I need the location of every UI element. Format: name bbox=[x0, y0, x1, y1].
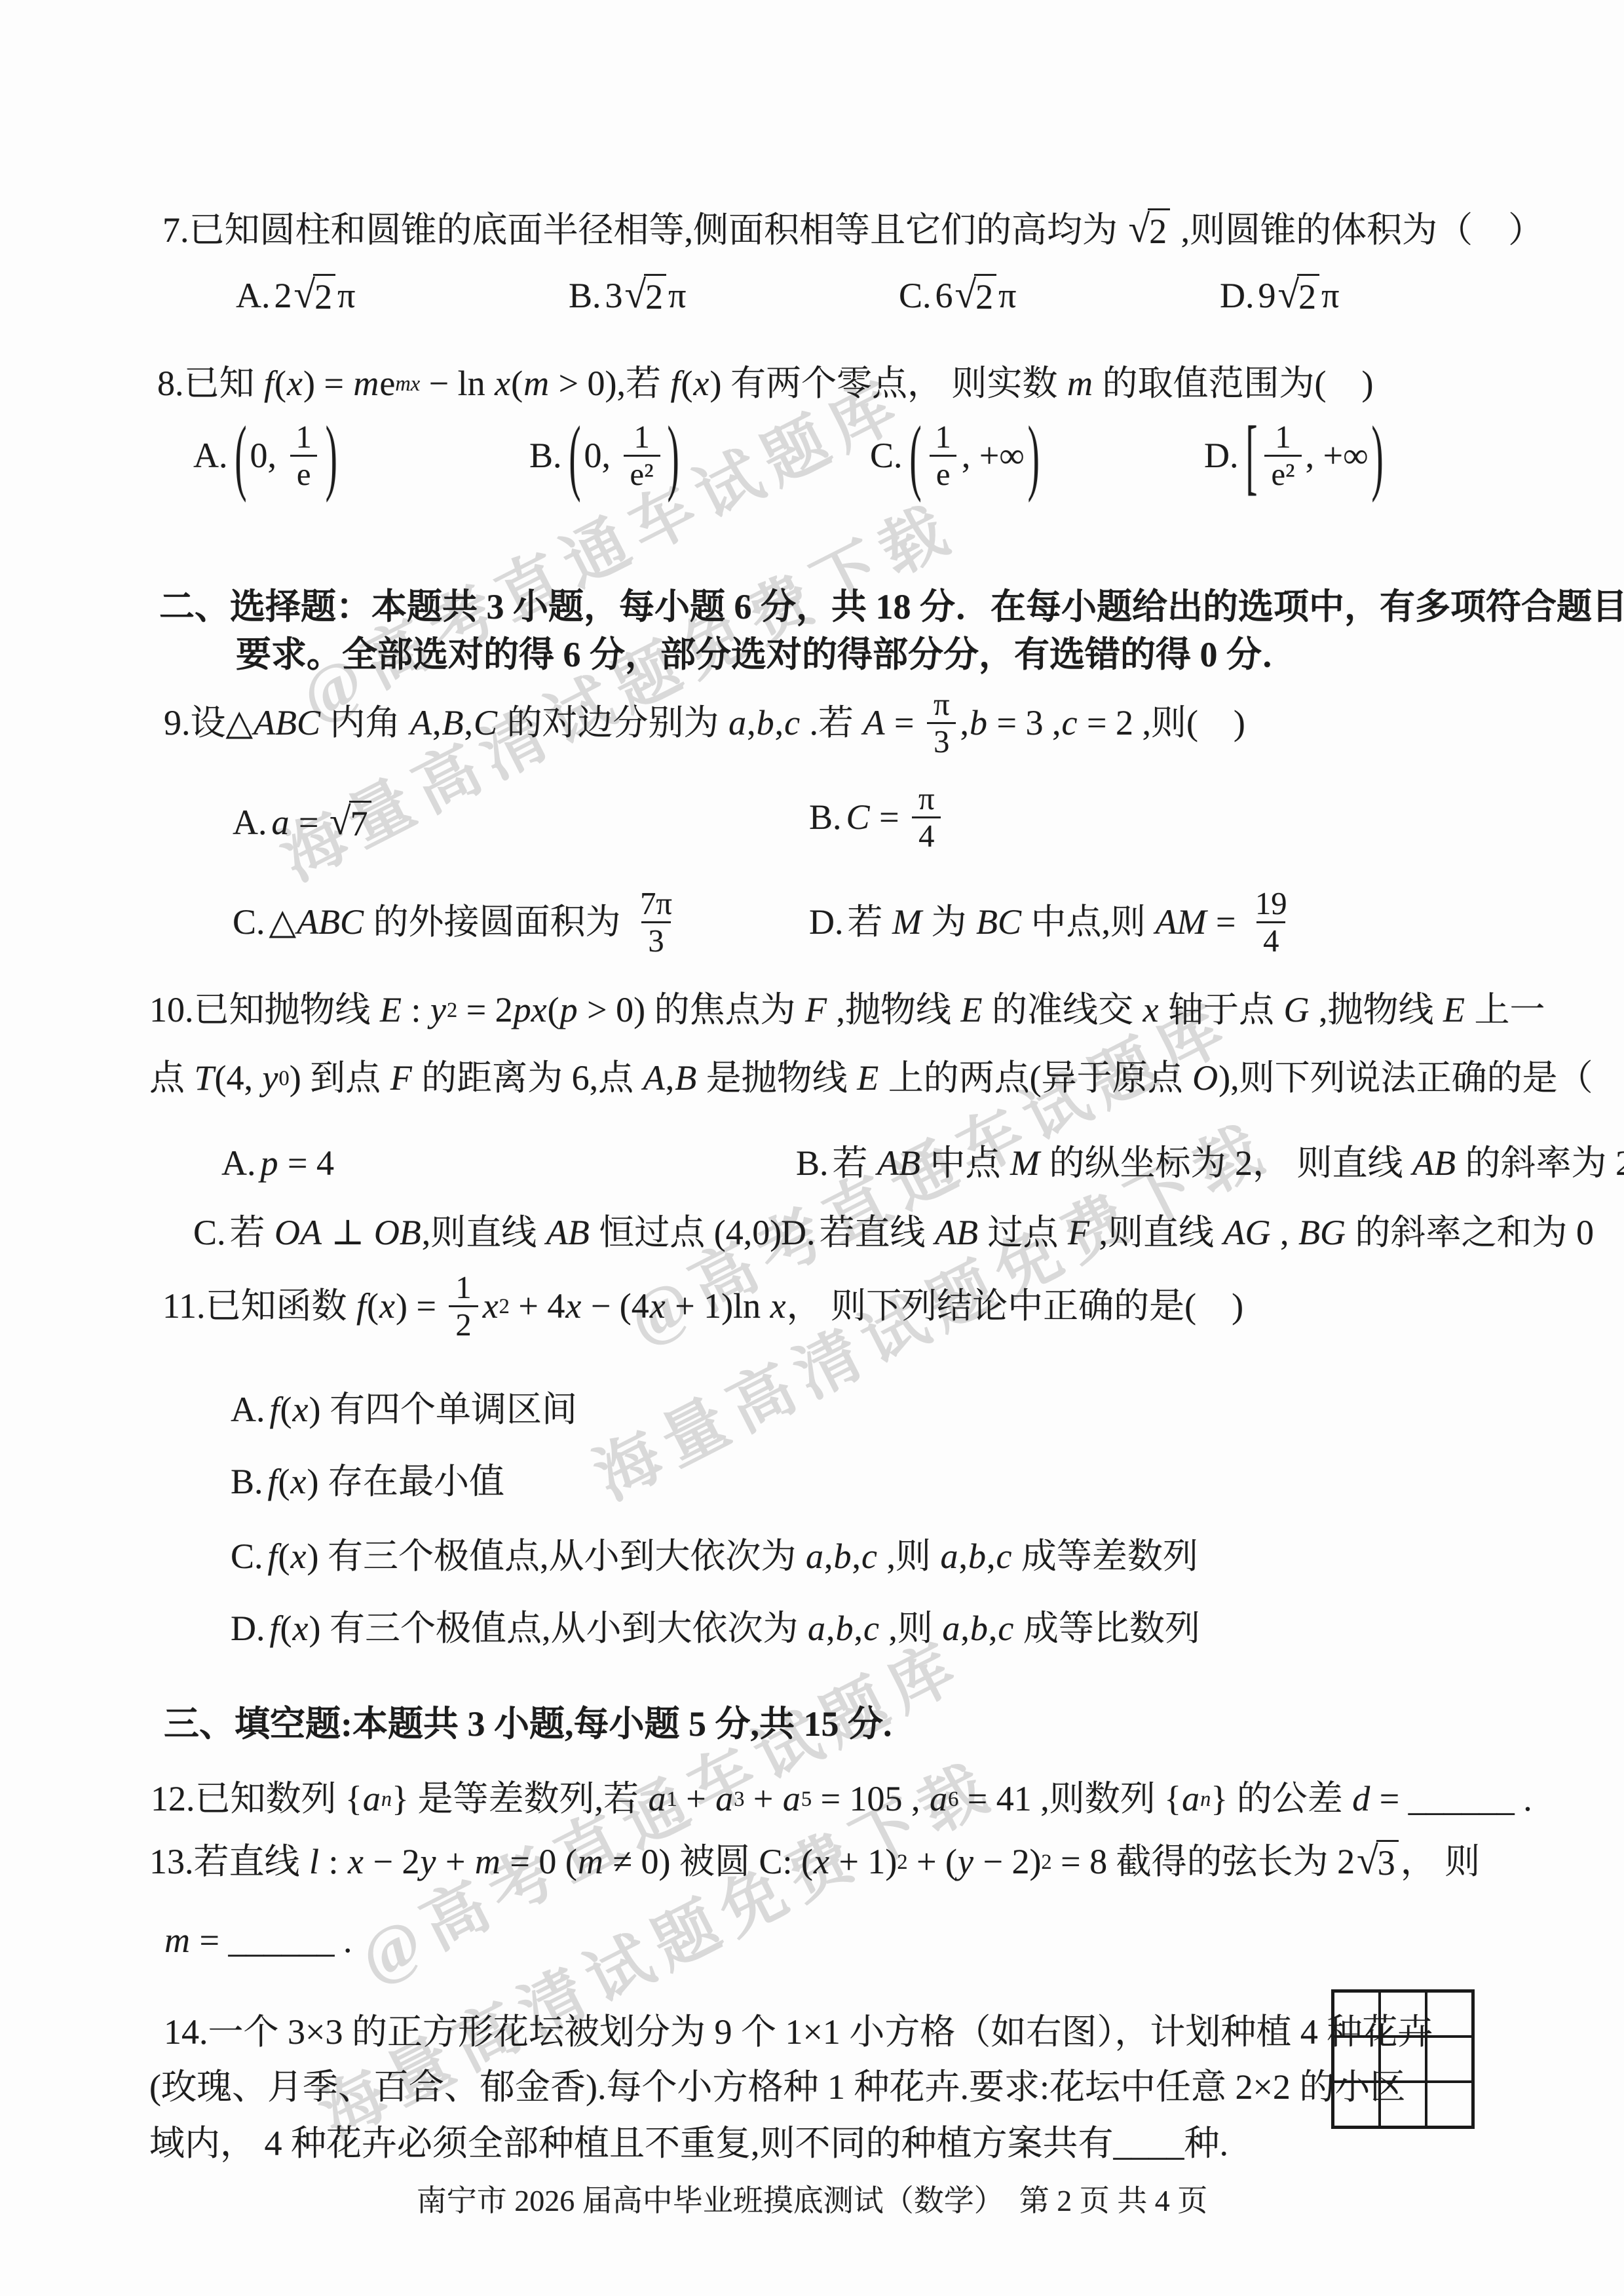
math-fragment: B bbox=[442, 701, 464, 746]
math-fragment: π3 bbox=[927, 687, 956, 760]
option-formula: f(x) 有四个单调区间 bbox=[269, 1388, 577, 1432]
math-fragment: 19 bbox=[1249, 886, 1294, 921]
math-fragment: 6 bbox=[948, 1789, 958, 1810]
grid-cell bbox=[1333, 2082, 1380, 2127]
math-fragment: ) = bbox=[396, 1284, 445, 1329]
math-fragment: √2 bbox=[625, 274, 667, 318]
question-9-option-c: C. △ABC 的外接圆面积为 7π3 bbox=[233, 886, 683, 959]
math-fragment: √3 bbox=[1357, 1840, 1399, 1885]
math-fragment: 6 bbox=[935, 274, 953, 318]
math-fragment: e² bbox=[624, 455, 660, 492]
math-fragment: : bbox=[320, 1840, 347, 1885]
option-label: D. bbox=[1220, 274, 1255, 318]
math-fragment: f bbox=[670, 362, 681, 406]
math-fragment: a bbox=[1181, 1777, 1200, 1822]
math-fragment: 成等比数列 bbox=[1014, 1607, 1200, 1651]
option-label: D. bbox=[1204, 434, 1239, 478]
math-fragment: 成等差数列 bbox=[1012, 1535, 1198, 1579]
math-fragment: , bbox=[826, 1607, 835, 1651]
math-fragment: e bbox=[290, 455, 318, 492]
page-footer: 南宁市 2026 届高中毕业班摸底测试（数学） 第 2 页 共 4 页 bbox=[0, 2177, 1624, 2220]
math-fragment: F bbox=[804, 988, 827, 1033]
math-fragment: 11.已知函数 bbox=[162, 1284, 356, 1329]
math-fragment: 3 bbox=[605, 274, 623, 318]
math-fragment: 7 bbox=[349, 801, 371, 845]
math-fragment: , bbox=[432, 701, 442, 746]
option-label: D. bbox=[809, 900, 844, 945]
option-formula: p = 4 bbox=[260, 1141, 334, 1186]
question-9-option-a: A. a = √7 bbox=[233, 801, 373, 845]
math-fragment: , bbox=[960, 701, 970, 746]
math-fragment: ≠ 0) 被圆 C: ( bbox=[604, 1840, 813, 1885]
math-fragment: 10.已知抛物线 bbox=[149, 988, 379, 1033]
math-fragment: C bbox=[846, 795, 871, 840]
math-fragment: e bbox=[379, 362, 395, 406]
math-fragment: b bbox=[835, 1607, 854, 1651]
math-fragment: ) = bbox=[303, 362, 352, 406]
math-fragment: = 4 bbox=[279, 1141, 334, 1186]
math-fragment: 3 bbox=[734, 1789, 744, 1810]
question-10-stem-line2: 点 T(4, y0) 到点 F 的距离为 6,点 A,B 是抛物线 E 上的两点… bbox=[149, 1056, 1624, 1101]
math-fragment: 2 bbox=[499, 1296, 510, 1317]
math-fragment: = bbox=[871, 795, 908, 840]
math-fragment: π bbox=[927, 687, 956, 722]
math-fragment: 的对边分别为 bbox=[498, 701, 728, 746]
section-two-header-line2: 要求。全部选对的得 6 分，部分选对的得部分分，有选错的得 0 分． bbox=[236, 633, 1297, 678]
math-fragment: = bbox=[1207, 900, 1244, 945]
math-fragment: 7π3 bbox=[633, 886, 679, 959]
option-formula: [1e², +∞) bbox=[1243, 419, 1387, 493]
math-fragment: 2 bbox=[1297, 274, 1319, 318]
math-fragment: π bbox=[668, 274, 686, 318]
question-7-option-c: C. 6√2π bbox=[899, 274, 1016, 318]
math-fragment: = 2 bbox=[457, 988, 512, 1033]
math-fragment: , bbox=[960, 1607, 970, 1651]
math-fragment: 1 bbox=[929, 419, 958, 455]
math-fragment: f bbox=[267, 1535, 278, 1579]
math-fragment: 为 bbox=[922, 900, 975, 945]
math-fragment: ) bbox=[1028, 413, 1040, 499]
math-fragment: ) 到点 bbox=[290, 1056, 390, 1101]
question-13-answer-blank: m = ______ . bbox=[164, 1919, 352, 1963]
math-fragment: ,则圆锥的体积为（ ） bbox=[1172, 208, 1543, 253]
math-fragment: x bbox=[286, 362, 303, 406]
math-fragment: 的外接圆面积为 bbox=[364, 900, 630, 945]
math-fragment: 3 bbox=[1376, 1840, 1399, 1885]
math-fragment: AB bbox=[1412, 1141, 1456, 1186]
math-fragment: = bbox=[886, 701, 923, 746]
math-fragment: 的斜率之和为 0 bbox=[1346, 1211, 1594, 1255]
math-fragment: ( bbox=[235, 413, 247, 499]
math-fragment: 2 bbox=[1148, 208, 1170, 253]
math-fragment: ( bbox=[548, 988, 559, 1033]
math-fragment: , +∞ bbox=[1306, 434, 1369, 478]
math-fragment: , +∞ bbox=[962, 434, 1025, 478]
math-fragment: 7π bbox=[633, 886, 679, 921]
math-fragment: 2 bbox=[274, 274, 292, 318]
math-fragment: ( bbox=[511, 362, 523, 406]
math-fragment: 0, bbox=[584, 434, 620, 478]
math-fragment: x bbox=[482, 1284, 499, 1329]
math-fragment: √ bbox=[294, 274, 316, 315]
math-fragment: AB bbox=[546, 1211, 590, 1255]
math-fragment: √ bbox=[1129, 208, 1150, 249]
math-fragment: 2 bbox=[447, 1000, 457, 1021]
option-label: A. bbox=[231, 1388, 265, 1432]
math-fragment: △ bbox=[269, 900, 297, 945]
math-fragment: e bbox=[930, 455, 957, 492]
math-fragment: e² bbox=[1264, 455, 1301, 492]
math-fragment: x bbox=[565, 1284, 582, 1329]
math-fragment: , bbox=[852, 1535, 861, 1579]
grid-cell bbox=[1333, 2037, 1380, 2082]
math-fragment: > 0),若 bbox=[550, 362, 670, 406]
math-fragment: = 105 , bbox=[812, 1777, 929, 1822]
math-fragment: x bbox=[292, 1388, 309, 1432]
option-formula: 若直线 AB 过点 F ,则直线 AG , BG 的斜率之和为 0 bbox=[820, 1211, 1594, 1255]
math-fragment: , bbox=[775, 701, 784, 746]
math-fragment: f bbox=[267, 1460, 278, 1504]
math-fragment: 1 bbox=[1268, 419, 1297, 455]
question-8-option-d: D. [1e², +∞) bbox=[1204, 419, 1387, 493]
math-fragment: π bbox=[912, 781, 941, 816]
math-fragment: 7.已知圆柱和圆锥的底面半径相等,侧面积相等且它们的高均为 bbox=[162, 208, 1127, 253]
math-fragment: 1e bbox=[929, 419, 958, 493]
math-fragment: d bbox=[1351, 1777, 1370, 1822]
option-label: B. bbox=[529, 434, 562, 478]
math-fragment: y bbox=[262, 1056, 279, 1101]
math-fragment: ) bbox=[668, 413, 679, 499]
math-fragment: 中点 bbox=[921, 1141, 1010, 1186]
math-fragment: ⊥ bbox=[322, 1211, 373, 1255]
question-11-option-b: B. f(x) 存在最小值 bbox=[231, 1460, 504, 1504]
math-fragment: 恒过点 (4,0) bbox=[590, 1211, 782, 1255]
math-fragment: ) 有三个极值点,从小到大依次为 bbox=[307, 1535, 805, 1579]
question-10-stem-line1: 10.已知抛物线 E : y2 = 2px(p > 0) 的焦点为 F ,抛物线… bbox=[149, 988, 1545, 1033]
math-fragment: c bbox=[863, 1607, 880, 1651]
math-fragment: 9 bbox=[1258, 274, 1276, 318]
math-fragment: ， 则 bbox=[1401, 1840, 1481, 1885]
math-fragment: O bbox=[1192, 1056, 1218, 1101]
math-fragment: .若 bbox=[801, 701, 863, 746]
math-fragment: f bbox=[356, 1284, 367, 1329]
math-fragment: } 的公差 bbox=[1211, 1777, 1351, 1822]
question-12-stem: 12.已知数列 {an} 是等差数列,若 a1 + a3 + a5 = 105 … bbox=[151, 1777, 1532, 1822]
option-formula: (0, 1e) bbox=[232, 419, 341, 493]
math-fragment: F bbox=[1067, 1211, 1090, 1255]
math-fragment: M bbox=[892, 900, 922, 945]
math-fragment: OA bbox=[274, 1211, 322, 1255]
question-7-option-d: D. 9√2π bbox=[1220, 274, 1339, 318]
math-fragment: a bbox=[941, 1607, 960, 1651]
question-10-option-a: A. p = 4 bbox=[221, 1141, 334, 1186]
math-fragment: 1e bbox=[289, 419, 318, 493]
option-label: B. bbox=[569, 274, 601, 318]
math-fragment: π bbox=[998, 274, 1016, 318]
math-fragment: ,抛物线 bbox=[827, 988, 960, 1033]
exam-page: @高考直通车试题库 海量高清试题免费下载 @高考直通车试题库 海量高清试题免费下… bbox=[0, 0, 1624, 2296]
math-fragment: ,则直线 bbox=[422, 1211, 546, 1255]
math-fragment: 轴于点 bbox=[1160, 988, 1283, 1033]
math-fragment: 2 bbox=[644, 274, 666, 318]
math-fragment: b bbox=[969, 701, 988, 746]
option-label: D. bbox=[231, 1607, 265, 1651]
math-fragment: E bbox=[960, 988, 983, 1033]
math-fragment: x bbox=[649, 1284, 666, 1329]
math-fragment: , bbox=[824, 1535, 833, 1579]
math-fragment: a bbox=[782, 1777, 801, 1822]
option-formula: 若 AB 中点 M 的纵坐标为 2， 则直线 AB 的斜率为 2 bbox=[833, 1141, 1624, 1186]
math-fragment: 的准线交 bbox=[983, 988, 1142, 1033]
math-fragment: + 4 bbox=[510, 1284, 565, 1329]
math-fragment: x bbox=[693, 362, 710, 406]
math-fragment: 13.若直线 bbox=[149, 1840, 309, 1885]
math-fragment: √ bbox=[1357, 1840, 1378, 1881]
grid-cell bbox=[1426, 2082, 1473, 2127]
math-fragment: y bbox=[430, 988, 447, 1033]
math-fragment: ),则下列说法正确的是（ ） bbox=[1218, 1056, 1624, 1101]
math-fragment: 8.已知 bbox=[157, 362, 263, 406]
math-fragment: 的纵坐标为 2， 则直线 bbox=[1040, 1141, 1412, 1186]
math-fragment: 若直线 bbox=[820, 1211, 935, 1255]
math-fragment: ) 有三个极值点,从小到大依次为 bbox=[309, 1607, 806, 1651]
math-fragment: √ bbox=[1278, 274, 1300, 315]
option-label: A. bbox=[193, 434, 228, 478]
math-fragment: m bbox=[164, 1919, 191, 1963]
math-fragment: 2 bbox=[449, 1305, 478, 1343]
math-fragment: ( bbox=[274, 362, 286, 406]
math-fragment: ,抛物线 bbox=[1310, 988, 1443, 1033]
question-8-stem: 8.已知 f(x) = memx − ln x(m > 0),若 f(x) 有两… bbox=[157, 362, 1373, 406]
math-fragment: 1 bbox=[449, 1270, 478, 1305]
math-fragment: T bbox=[194, 1056, 215, 1101]
math-fragment: = ______ . bbox=[1370, 1777, 1532, 1822]
math-fragment: ( bbox=[569, 413, 581, 499]
question-9-option-b: B. C = π4 bbox=[809, 781, 945, 854]
math-fragment: G bbox=[1283, 988, 1310, 1033]
math-fragment: c bbox=[997, 1607, 1014, 1651]
math-fragment: l bbox=[309, 1840, 320, 1885]
math-fragment: AM bbox=[1155, 900, 1207, 945]
math-fragment: p bbox=[559, 988, 578, 1033]
math-fragment: 的距离为 6,点 bbox=[413, 1056, 643, 1101]
math-fragment: 1 bbox=[667, 1789, 677, 1810]
option-formula: f(x) 有三个极值点,从小到大依次为 a,b,c ,则 a,b,c 成等比数列 bbox=[269, 1607, 1200, 1651]
option-label: C. bbox=[193, 1211, 226, 1255]
math-fragment: = 3 , bbox=[988, 701, 1061, 746]
math-fragment: 的取值范围为( ) bbox=[1093, 362, 1373, 406]
math-fragment: ( bbox=[367, 1284, 379, 1329]
math-fragment: A bbox=[409, 701, 432, 746]
math-fragment: π bbox=[337, 274, 355, 318]
math-fragment: √2 bbox=[1129, 208, 1171, 253]
math-fragment: π bbox=[1321, 274, 1339, 318]
math-fragment: = 8 截得的弦长为 2 bbox=[1052, 1840, 1355, 1885]
math-fragment: > 0) 的焦点为 bbox=[578, 988, 804, 1033]
math-fragment: ) 有两个零点， 则实数 bbox=[709, 362, 1066, 406]
grid-cell bbox=[1380, 2082, 1426, 2127]
grid-cell bbox=[1426, 2037, 1473, 2082]
math-fragment: m bbox=[523, 362, 550, 406]
math-fragment: ABC bbox=[296, 900, 364, 945]
option-formula: 若 OA ⊥ OB,则直线 AB 恒过点 (4,0) bbox=[230, 1211, 782, 1255]
math-fragment: mx bbox=[395, 373, 420, 394]
math-fragment: a bbox=[939, 1535, 958, 1579]
option-formula: 9√2π bbox=[1258, 274, 1340, 318]
math-fragment: ) bbox=[1372, 413, 1384, 499]
math-fragment: 4 bbox=[912, 816, 941, 854]
math-fragment: [ bbox=[1246, 413, 1258, 499]
grid-cell bbox=[1333, 1991, 1380, 2037]
math-fragment: 1 bbox=[627, 419, 656, 455]
math-fragment: 0 bbox=[279, 1068, 290, 1089]
math-fragment: 4 bbox=[1256, 921, 1285, 959]
math-fragment: AB bbox=[934, 1211, 979, 1255]
question-10-option-b: B. 若 AB 中点 M 的纵坐标为 2， 则直线 AB 的斜率为 2 bbox=[796, 1141, 1624, 1186]
option-formula: 若 M 为 BC 中点,则 AM = 194 bbox=[848, 886, 1298, 959]
math-fragment: ( bbox=[278, 1460, 290, 1504]
math-fragment: 1e² bbox=[624, 419, 660, 493]
math-fragment: 过点 bbox=[979, 1211, 1067, 1255]
math-fragment: = 0 ( bbox=[501, 1840, 577, 1885]
math-fragment: b bbox=[756, 701, 775, 746]
math-fragment: a bbox=[807, 1607, 826, 1651]
math-fragment: F bbox=[390, 1056, 413, 1101]
math-fragment: + bbox=[744, 1777, 782, 1822]
option-formula: f(x) 存在最小值 bbox=[267, 1460, 504, 1504]
math-fragment: 是抛物线 bbox=[697, 1056, 856, 1101]
math-fragment: = 2 ,则( ) bbox=[1078, 701, 1245, 746]
math-fragment: n bbox=[1200, 1789, 1211, 1810]
math-fragment: + bbox=[677, 1777, 715, 1822]
math-fragment: : bbox=[402, 988, 430, 1033]
question-9-option-d: D. 若 M 为 BC 中点,则 AM = 194 bbox=[809, 886, 1298, 959]
math-fragment: B bbox=[674, 1056, 697, 1101]
math-fragment: m bbox=[1067, 362, 1093, 406]
math-fragment: 上的两点(异于原点 bbox=[879, 1056, 1192, 1101]
math-fragment: , bbox=[958, 1535, 968, 1579]
option-label: A. bbox=[233, 801, 267, 845]
question-8-option-c: C. (1e, +∞) bbox=[870, 419, 1043, 493]
math-fragment: AB bbox=[877, 1141, 921, 1186]
math-fragment: 内角 bbox=[321, 701, 409, 746]
math-fragment: f bbox=[269, 1607, 280, 1651]
option-formula: (1e, +∞) bbox=[907, 419, 1043, 493]
math-fragment: m bbox=[352, 362, 379, 406]
math-fragment: 2 bbox=[1041, 1852, 1051, 1873]
math-fragment: b bbox=[833, 1535, 852, 1579]
math-fragment: 中点,则 bbox=[1022, 900, 1155, 945]
math-fragment: f bbox=[263, 362, 274, 406]
math-fragment: C bbox=[473, 701, 498, 746]
question-7-option-a: A. 2√2π bbox=[236, 274, 355, 318]
math-fragment: , bbox=[464, 701, 474, 746]
flower-bed-grid bbox=[1331, 1989, 1475, 2129]
option-label: C. bbox=[870, 434, 903, 478]
option-label: C. bbox=[899, 274, 932, 318]
math-fragment: + 1) bbox=[830, 1840, 897, 1885]
math-fragment: ABC bbox=[253, 701, 321, 746]
question-10-option-d: D. 若直线 AB 过点 F ,则直线 AG , BG 的斜率之和为 0 bbox=[781, 1211, 1594, 1255]
math-fragment: , bbox=[747, 701, 756, 746]
math-fragment: c bbox=[995, 1535, 1012, 1579]
option-formula: C = π4 bbox=[846, 781, 945, 854]
math-fragment: c bbox=[861, 1535, 878, 1579]
math-fragment: x bbox=[813, 1840, 830, 1885]
option-label: C. bbox=[231, 1535, 263, 1579]
math-fragment: M bbox=[1010, 1141, 1040, 1186]
math-fragment: x bbox=[494, 362, 511, 406]
question-8-option-b: B. (0, 1e²) bbox=[529, 419, 683, 493]
option-label: C. bbox=[233, 900, 265, 945]
math-fragment: b bbox=[970, 1607, 989, 1651]
math-fragment: , bbox=[854, 1607, 863, 1651]
section-two-header-line1: 二、选择题：本题共 3 小题，每小题 6 分，共 18 分．在每小题给出的选项中… bbox=[159, 585, 1624, 630]
section-three-header: 三、填空题:本题共 3 小题,每小题 5 分,共 15 分. bbox=[164, 1702, 892, 1747]
math-fragment: 12 bbox=[449, 1270, 478, 1343]
option-formula: f(x) 有三个极值点,从小到大依次为 a,b,c ,则 a,b,c 成等差数列 bbox=[267, 1535, 1198, 1579]
math-fragment: 5 bbox=[801, 1789, 812, 1810]
option-label: B. bbox=[796, 1141, 829, 1186]
math-fragment: 1e² bbox=[1264, 419, 1301, 493]
math-fragment: BG bbox=[1298, 1211, 1346, 1255]
math-fragment: x bbox=[770, 1284, 787, 1329]
math-fragment: (4, bbox=[215, 1056, 262, 1101]
grid-cell bbox=[1380, 1991, 1426, 2037]
math-fragment: = 41 ,则数列 { bbox=[958, 1777, 1181, 1822]
option-formula: (0, 1e²) bbox=[566, 419, 683, 493]
option-label: A. bbox=[236, 274, 271, 318]
math-fragment: BC bbox=[975, 900, 1022, 945]
math-fragment: √7 bbox=[330, 801, 371, 845]
math-fragment: m bbox=[474, 1840, 501, 1885]
math-fragment: √ bbox=[955, 274, 977, 315]
math-fragment: ,则 bbox=[878, 1535, 940, 1579]
math-fragment: x bbox=[290, 1460, 307, 1504]
math-fragment: 2 bbox=[897, 1852, 907, 1873]
option-label: B. bbox=[231, 1460, 263, 1504]
math-fragment: + 1)ln bbox=[666, 1284, 770, 1329]
math-fragment: x bbox=[290, 1535, 307, 1579]
question-8-option-a: A. (0, 1e) bbox=[193, 419, 341, 493]
math-fragment: a bbox=[271, 801, 290, 845]
math-fragment: 2 bbox=[313, 274, 335, 318]
math-fragment: b bbox=[968, 1535, 987, 1579]
question-10-option-c: C. 若 OA ⊥ OB,则直线 AB 恒过点 (4,0) bbox=[193, 1211, 782, 1255]
math-fragment: ( bbox=[280, 1388, 292, 1432]
math-fragment: 12.已知数列 { bbox=[151, 1777, 362, 1822]
math-fragment: 若 bbox=[230, 1211, 274, 1255]
math-fragment: , bbox=[987, 1535, 996, 1579]
math-fragment: , bbox=[666, 1056, 675, 1101]
math-fragment: 3 bbox=[641, 921, 670, 959]
math-fragment: y bbox=[419, 1840, 436, 1885]
math-fragment: a bbox=[648, 1777, 667, 1822]
math-fragment: = ______ . bbox=[191, 1919, 352, 1963]
math-fragment: ( bbox=[681, 362, 693, 406]
math-fragment: + ( bbox=[908, 1840, 957, 1885]
math-fragment: p bbox=[260, 1141, 279, 1186]
math-fragment: 3 bbox=[927, 722, 956, 759]
math-fragment: , bbox=[1271, 1211, 1298, 1255]
option-formula: 3√2π bbox=[605, 274, 687, 318]
math-fragment: OB bbox=[373, 1211, 422, 1255]
option-label: A. bbox=[221, 1141, 256, 1186]
question-14-line1: 14.一个 3×3 的正方形花坛被划分为 9 个 1×1 小方格（如右图），计划… bbox=[164, 2010, 1433, 2055]
option-formula: a = √7 bbox=[271, 801, 373, 845]
math-fragment: ,则 bbox=[880, 1607, 942, 1651]
grid-cell bbox=[1426, 1991, 1473, 2037]
